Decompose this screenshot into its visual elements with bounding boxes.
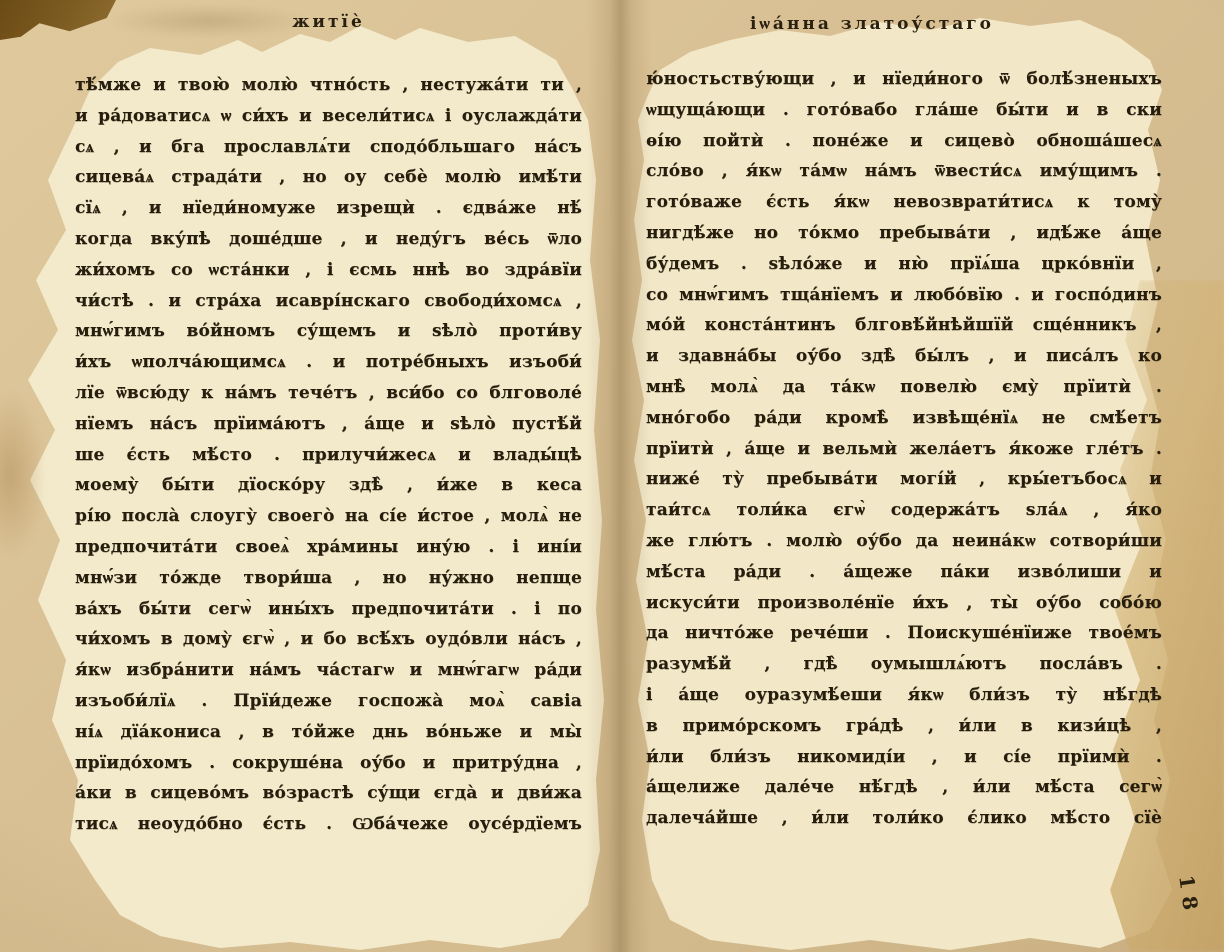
- text-line: мнѣ̀ молѧ̀ да та́кѡ повелю̀ єму̀ прїитѝ …: [646, 372, 1162, 403]
- text-line: ѡщуща́ющи . гото́вабо гла́ше бы́ти и в с…: [646, 95, 1162, 126]
- text-line: когда вку́пѣ доше́дше , и неду́гъ ве́сь …: [75, 224, 582, 255]
- text-line: нигдѣ́же но то́кмо пребыва́ти , идѣ́же а…: [646, 218, 1162, 249]
- text-line: моему̀ бы́ти дїоско́ру здѣ̀ , и́же в кес…: [75, 470, 582, 501]
- text-line: ва́хъ бы́ти сегѡ̀ ины́хъ предпочита́ти .…: [75, 594, 582, 625]
- text-line: со мнѡ́гимъ тща́нїемъ и любо́вїю . и гос…: [646, 280, 1162, 311]
- text-line: и́ли бли́зъ никомиді́и , и сі́е прїимѝ .: [646, 742, 1162, 773]
- text-line: да ничто́же рече́ши . Поискуше́нїиже тво…: [646, 618, 1162, 649]
- text-line: чи́хомъ в дому̀ єгѡ̀ , и бо всѣ́хъ оудо́…: [75, 624, 582, 655]
- right-page-text: ю́ностьству́ющи , и нїеди́ного ѿ болѣ́зн…: [646, 64, 1162, 834]
- text-line: таи́тсѧ толи́ка єгѡ̀ содержа́тъ ѕла́ѧ , …: [646, 495, 1162, 526]
- text-line: гото́важе є́сть я́кѡ невозврати́тисѧ к т…: [646, 187, 1162, 218]
- text-line: і а́ще оуразумѣ́еши я́кѡ бли́зъ ту̀ нѣ́г…: [646, 680, 1162, 711]
- text-line: ні́ѧ дїа́кониса , в то́йже днь во́ньже и…: [75, 717, 582, 748]
- text-line: нїемъ на́съ прїима́ютъ , а́ще и ѕѣло̀ пу…: [75, 409, 582, 440]
- text-line: мѣ́ста ра́ди . а́щеже па́ки изво́лиши и: [646, 557, 1162, 588]
- text-line: ше є́сть мѣ́сто . прилучи́жесѧ и влады́ц…: [75, 440, 582, 471]
- left-page-text: тѣ́мже и твою̀ молю̀ чтно́сть , нестужа́…: [75, 70, 582, 840]
- text-line: и́хъ ѡполча́ющимсѧ . и потре́бныхъ изъоб…: [75, 347, 582, 378]
- text-line: далеча́йше , и́ли толи́ко є́лико мѣ́сто …: [646, 803, 1162, 834]
- text-line: ниже́ ту̀ пребыва́ти могі́й , кры́етъбос…: [646, 464, 1162, 495]
- text-line: рі́ю посла̀ слоугу̀ своего̀ на сі́е и́ст…: [75, 501, 582, 532]
- text-line: мо́й конста́нтинъ блговѣ́йнѣйшїй сще́нни…: [646, 310, 1162, 341]
- text-line: сло́во , я́кѡ та́мѡ на́мъ ѿвести́сѧ иму́…: [646, 156, 1162, 187]
- text-line: тѣ́мже и твою̀ молю̀ чтно́сть , нестужа́…: [75, 70, 582, 101]
- running-header-right: іѡа́нна златоу́стаго: [614, 14, 1130, 34]
- text-line: ѳі́ю пойтѝ . поне́же и сицево̀ обноша́ше…: [646, 126, 1162, 157]
- text-line: лїе ѿвсю́ду к на́мъ тече́тъ , вси́бо со …: [75, 378, 582, 409]
- text-line: а́ки в сицево́мъ во́зрастѣ су́щи єгда̀ и…: [75, 778, 582, 809]
- text-line: мнѡ́зи то́жде твори́ша , но ну́жно непще: [75, 563, 582, 594]
- text-line: и ра́доватисѧ ѡ си́хъ и весели́тисѧ і оу…: [75, 101, 582, 132]
- text-line: предпочита́ти своеѧ̀ хра́мины ину́ю . і …: [75, 532, 582, 563]
- folio-mark: 18: [1174, 874, 1204, 919]
- text-line: изъоби́лїѧ . Прїи́деже госпожа̀ моѧ̀ сав…: [75, 686, 582, 717]
- text-line: ю́ностьству́ющи , и нїеди́ного ѿ болѣ́зн…: [646, 64, 1162, 95]
- text-line: чи́стѣ . и стра́ха исаврі́нскаго свободи…: [75, 286, 582, 317]
- text-line: сицева́ѧ страда́ти , но оу себѐ молю̀ им…: [75, 162, 582, 193]
- text-line: в примо́рскомъ гра́дѣ , и́ли в кизи́цѣ ,: [646, 711, 1162, 742]
- running-header-left: житїѐ: [75, 12, 582, 32]
- text-line: а́щелиже дале́че нѣ́гдѣ , и́ли мѣ́ста се…: [646, 772, 1162, 803]
- text-line: я́кѡ избра́нити на́мъ ча́стагѡ и мнѡ́гаг…: [75, 655, 582, 686]
- text-line: сїѧ , и нїеди́номуже изрещѝ . єдва́же нѣ…: [75, 193, 582, 224]
- text-line: мно́гобо ра́ди кромѣ̀ извѣще́нїѧ не смѣ́…: [646, 403, 1162, 434]
- text-line: сѧ , и бга прославлѧ́ти сподо́бльшаго на…: [75, 132, 582, 163]
- text-line: мнѡ́гимъ во́йномъ су́щемъ и ѕѣло̀ проти́…: [75, 316, 582, 347]
- text-line: и здавна́бы оу́бо здѣ̀ бы́лъ , и писа́лъ…: [646, 341, 1162, 372]
- text-line: же глю́тъ . молю̀ оу́бо да неина́кѡ сотв…: [646, 526, 1162, 557]
- text-line: искуси́ти произволе́нїе и́хъ , ты̀ оу́бо…: [646, 588, 1162, 619]
- text-line: жи́хомъ со ѡста́нки , і єсмь ннѣ во здра…: [75, 255, 582, 286]
- text-line: тисѧ неоудо́бно є́сть . Ѡба́чеже оусе́рд…: [75, 809, 582, 840]
- text-line: бу́демъ . ѕѣло́же и ню̀ прїѧ́ша црко́внї…: [646, 249, 1162, 280]
- text-line: прїитѝ , а́ще и вельмѝ жела́етъ я́коже г…: [646, 434, 1162, 465]
- text-line: прїидо́хомъ . сокруше́на оу́бо и притру́…: [75, 748, 582, 779]
- text-line: разумѣ́й , гдѣ̀ оумышлѧ́ютъ посла́въ .: [646, 649, 1162, 680]
